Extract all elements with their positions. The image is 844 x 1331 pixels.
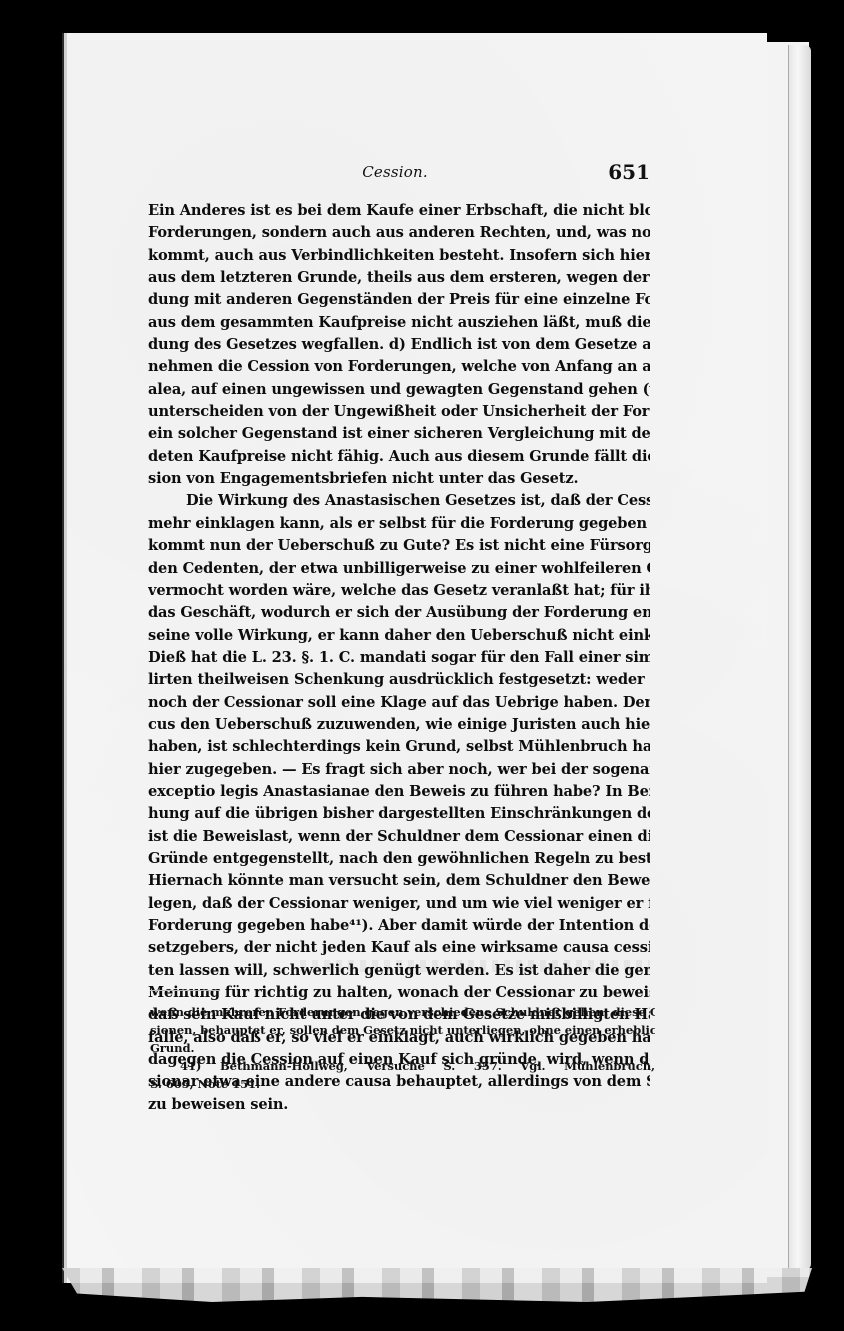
footnote-line: Grund. <box>150 1039 655 1057</box>
footnotes: wenn die mehreren Forderungen gegen vers… <box>150 1003 655 1093</box>
body-text-line: nehmen die Cession von Forderungen, welc… <box>148 356 650 378</box>
body-text-line: sion von Engagementsbriefen nicht unter … <box>148 468 650 490</box>
body-text-line: exceptio legis Anastasianae den Beweis z… <box>148 781 650 803</box>
show-through-text <box>300 960 650 972</box>
body-text-line: hung auf die übrigen bisher dargestellte… <box>148 803 650 825</box>
body-text-line: Dieß hat die L. 23. §. 1. C. mandati sog… <box>148 647 650 669</box>
body-text-line: Gründe entgegenstellt, nach den gewöhnli… <box>148 848 650 870</box>
body-text-line: setzgebers, der nicht jeden Kauf als ein… <box>148 937 650 959</box>
body-text-line: haben, ist schlechterdings kein Grund, s… <box>148 736 650 758</box>
body-text-line: Ein Anderes ist es bei dem Kaufe einer E… <box>148 200 650 222</box>
body-text-line: Hiernach könnte man versucht sein, dem S… <box>148 870 650 892</box>
body-text-line: aus dem gesammten Kaufpreise nicht auszi… <box>148 312 650 334</box>
body-text: Ein Anderes ist es bei dem Kaufe einer E… <box>148 200 650 1116</box>
body-text-line: hier zugegeben. — Es fragt sich aber noc… <box>148 759 650 781</box>
body-text-line: legen, daß der Cessionar weniger, und um… <box>148 893 650 915</box>
body-text-line: Meinung für richtig zu halten, wonach de… <box>148 982 650 1004</box>
stacked-page-edge-outer <box>788 45 811 1270</box>
body-text-line: den Cedenten, der etwa unbilligerweise z… <box>148 558 650 580</box>
footnote-line: S. 605, Note 151. <box>150 1075 655 1093</box>
body-text-line: ist die Beweislast, wenn der Schuldner d… <box>148 826 650 848</box>
body-text-line: Die Wirkung des Anastasischen Gesetzes i… <box>148 490 650 512</box>
body-text-line: ein solcher Gegenstand ist einer sichere… <box>148 423 650 445</box>
body-text-line: vermocht worden wäre, welche das Gesetz … <box>148 580 650 602</box>
footnote-rule <box>150 990 220 991</box>
body-text-line: dung des Gesetzes wegfallen. d) Endlich … <box>148 334 650 356</box>
body-text-line: alea, auf einen ungewissen und gewagten … <box>148 379 650 401</box>
body-text-line: seine volle Wirkung, er kann daher den U… <box>148 625 650 647</box>
body-text-line: Forderungen, sondern auch aus anderen Re… <box>148 222 650 244</box>
body-text-line: kommt, auch aus Verbindlichkeiten besteh… <box>148 245 650 267</box>
body-text-line: lirten theilweisen Schenkung ausdrücklic… <box>148 669 650 691</box>
footnote-line: 41) Bethmann-Hollweg, Versuche S. 357. V… <box>150 1057 655 1075</box>
page-number: 651 <box>608 160 650 184</box>
body-text-line: kommt nun der Ueberschuß zu Gute? Es ist… <box>148 535 650 557</box>
body-text-line: Forderung gegeben habe⁴¹). Aber damit wü… <box>148 915 650 937</box>
body-text-line: noch der Cessionar soll eine Klage auf d… <box>148 692 650 714</box>
footnote-line: sionen, behauptet er, sollen dem Gesetz … <box>150 1021 655 1039</box>
body-text-line: zu beweisen sein. <box>148 1094 650 1116</box>
running-head: Cession. 651 <box>140 163 650 189</box>
body-text-line: dung mit anderen Gegenständen der Preis … <box>148 289 650 311</box>
footnote-line: wenn die mehreren Forderungen gegen vers… <box>150 1003 655 1021</box>
body-text-line: cus den Ueberschuß zuzuwenden, wie einig… <box>148 714 650 736</box>
body-text-line: deten Kaufpreise nicht fähig. Auch aus d… <box>148 446 650 468</box>
body-text-line: aus dem letzteren Grunde, theils aus dem… <box>148 267 650 289</box>
running-head-title: Cession. <box>140 163 650 181</box>
body-text-line: unterscheiden von der Ungewißheit oder U… <box>148 401 650 423</box>
body-text-line: mehr einklagen kann, als er selbst für d… <box>148 513 650 535</box>
body-text-line: das Geschäft, wodurch er sich der Ausübu… <box>148 602 650 624</box>
